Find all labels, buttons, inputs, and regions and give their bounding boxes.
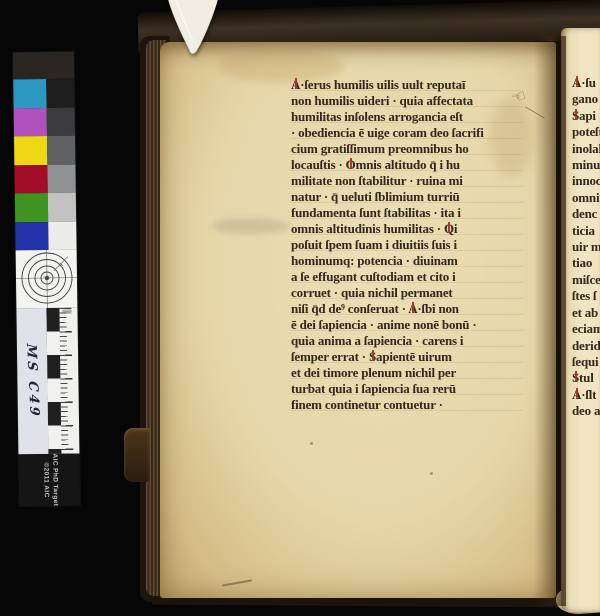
manuscript-text-line: A·ſu [572,75,600,91]
manuscript-text-line: quia anima a ſapiencia · carens i [291,333,523,349]
calibration-swatch-row [14,164,75,193]
gray-patch [48,193,76,222]
line-segment: mnis altitudo q̄ i hu [356,157,460,172]
target-footer-label: AIC PhD Target ©2011 AIC [40,454,58,507]
line-segment: finem continetur contuetur · [291,397,443,412]
rubricated-capital: S [572,370,579,385]
line-segment: a ſe effugant cuſtodiam et cito i [291,269,456,284]
manuscript-text-line: niſi q̄d de⁹ conſeruat · A·ſbi non [291,301,523,317]
cm-ruler [46,308,79,454]
line-segment: ſtes ſ [572,288,596,303]
manuscript-text-line: gano [572,91,600,107]
manuscript-text-line: cium gratiſſimum preomnibus ho [291,141,523,157]
line-segment: inolal [572,141,600,156]
left-manuscript-page: ☜ A·ſerus humilis uilis uult reputaīnon … [160,42,556,598]
handwritten-shelfmark: MS C49 [23,343,42,419]
line-segment: et dei timore plenum nichil per [291,365,456,380]
line-segment: minu [572,157,600,172]
line-segment: api [579,108,596,123]
manuscript-photo-scene: ☜ A·ſerus humilis uilis uult reputaīnon … [0,0,600,616]
line-segment: et ab [572,305,598,320]
target-footer-line1: AIC PhD Target [49,454,59,507]
line-segment: poſuit ſpem ſuam i diuitiis ſuis i [291,237,457,252]
calibration-swatch-row [15,221,76,250]
line-segment: ·ſerus humilis uilis uult reputaī [300,77,465,92]
manuscript-text-line: a ſe effugant cuſtodiam et cito i [291,269,523,285]
line-segment: i [454,221,457,236]
line-segment: corruet · quia nichil permanet [291,285,453,300]
line-segment: ·ſu [581,75,596,90]
manuscript-text-line: finem continetur contuetur · [291,397,523,413]
line-segment: deo a [572,403,600,418]
manuscript-text-line: ticia [572,223,600,239]
line-segment: ē dei ſapiencia · anime nonē bonū · [291,317,477,332]
line-segment: ſemper errat · [291,349,369,364]
book-gutter-shadow [534,36,566,606]
manuscript-text-line: fundamenta ſunt ſtabilitas · ita i [291,205,523,221]
line-segment: poteſt [572,124,600,139]
right-manuscript-page: A·ſuganoSapipoteſtinolalminuinnocomniden… [561,28,600,612]
rubricated-capital: Q [444,221,454,236]
manuscript-text-line: Stul [572,370,600,386]
rubricated-capital: A [408,301,417,316]
manuscript-text-line: ē dei ſapiencia · anime nonē bonū · [291,317,523,333]
line-segment: tul [579,370,594,385]
manuscript-text-line: minu [572,157,600,173]
line-segment: niſi q̄d de⁹ conſeruat · [291,301,408,316]
line-segment: tiao [572,255,592,270]
line-segment: hominumq: potencia · diuinam [291,253,458,268]
gray-patch [47,164,75,193]
line-segment: turbat quia i ſapiencia ſua rerū [291,381,456,396]
color-calibration-target: MS C49 AIC PhD Target ©2011 AIC [13,52,80,507]
gray-patch [47,107,75,136]
calibration-swatch-grid [13,79,76,251]
rubricated-capital: A [291,77,300,92]
manuscript-text-line: et ab [572,305,600,321]
bullseye-focus-target-icon [16,250,78,309]
manuscript-text-line: denc [572,206,600,222]
line-segment: non humilis uideri · quia affectata [291,93,473,108]
line-segment: ſequi [572,354,598,369]
rubricated-capital: O [346,157,356,172]
line-segment: uir m [572,239,600,254]
line-segment: ·ſlt [581,387,596,402]
manuscript-text-line: derid [572,338,600,354]
manuscript-text-line: inolal [572,141,600,157]
line-segment: natur · q̄ ueluti ſblimium turriū [291,189,460,204]
color-patch [13,79,46,108]
color-patch [14,136,47,165]
line-segment: omnis altitudinis humilitas · [291,221,444,236]
line-segment: derid [572,338,600,353]
manuscript-text-line: hominumq: potencia · diuinam [291,253,523,269]
color-patch [15,221,48,250]
gray-patch [46,79,74,108]
rubricated-capital: A [572,387,581,402]
manuscript-text-line: A·ſerus humilis uilis uult reputaī [291,77,523,93]
line-segment: cium gratiſſimum preomnibus ho [291,141,469,156]
calibration-dark-patch [13,52,74,80]
manuscript-text-line: ſemper errat · Sapientē uirum [291,349,523,365]
manuscript-text-line: uir m [572,239,600,255]
manuscript-text-line: turbat quia i ſapiencia ſua rerū [291,381,523,397]
color-patch [14,107,47,136]
manuscript-text-line: poteſt [572,124,600,140]
line-segment: gano [572,91,598,106]
book-clasp [124,428,150,482]
shelfmark-label-area: MS C49 [16,308,48,454]
manuscript-text-line: ſequi [572,354,600,370]
manuscript-text-line: deo a [572,403,600,419]
manuscript-text-line: omni [572,190,600,206]
target-footer-line2: ©2011 AIC [40,454,50,507]
page-weight-pointer-icon [162,0,222,62]
color-patch [15,193,48,222]
manuscript-text-line: humilitas inſolens arrogancia eſt [291,109,523,125]
manuscript-text-line: natur · q̄ ueluti ſblimium turriū [291,189,523,205]
manuscript-text-line: locauſtis · Omnis altitudo q̄ i hu [291,157,523,173]
line-segment: militate non ſtabilitur · ruina mi [291,173,463,188]
rubricated-capital: A [572,75,581,90]
manuscript-text-line: ſtes ſ [572,288,600,304]
right-page-text-block: A·ſuganoSapipoteſtinolalminuinnocomniden… [572,75,600,420]
manuscript-text-line: miſce [572,272,600,288]
line-segment: ·ſbi non [417,301,458,316]
line-segment: fundamenta ſunt ſtabilitas · ita i [291,205,461,220]
manuscript-text-line: Sapi [572,108,600,124]
line-segment: denc [572,206,597,221]
manuscript-text-line: corruet · quia nichil permanet [291,285,523,301]
line-segment: innoc [572,173,600,188]
parchment-smudge [212,218,290,234]
manuscript-text-line: A·ſlt [572,387,600,403]
manuscript-text-line: militate non ſtabilitur · ruina mi [291,173,523,189]
manuscript-text-line: · obediencia ē uige coram deo ſacrifi [291,125,523,141]
line-segment: omni [572,190,599,205]
manuscript-text-line: eciam [572,321,600,337]
target-footer: AIC PhD Target ©2011 AIC [18,454,80,507]
calibration-swatch-row [13,79,74,108]
left-page-text-block: A·ſerus humilis uilis uult reputaīnon hu… [291,77,523,413]
manuscript-text-line: et dei timore plenum nichil per [291,365,523,381]
pen-scratch-mark [222,579,252,586]
line-segment: humilitas inſolens arrogancia eſt [291,109,463,124]
rubricated-capital: S [369,349,376,364]
line-segment: quia anima a ſapiencia · carens i [291,333,463,348]
line-segment: eciam [572,321,600,336]
manuscript-text-line: non humilis uideri · quia affectata [291,93,523,109]
calibration-ruler-section: MS C49 [16,308,79,455]
line-segment: miſce [572,272,600,287]
ruler-micro-text [62,310,71,314]
line-segment: locauſtis · [291,157,346,172]
calibration-swatch-row [15,193,76,222]
foxing-speck [430,472,433,475]
foxing-speck [310,442,313,445]
line-segment: ticia [572,223,595,238]
calibration-swatch-row [14,136,75,165]
calibration-swatch-row [14,107,75,136]
manuscript-text-line: omnis altitudinis humilitas · Qi [291,221,523,237]
manuscript-text-line: poſuit ſpem ſuam i diuitiis ſuis i [291,237,523,253]
color-patch [14,164,47,193]
manuscript-text-line: innoc [572,173,600,189]
manuscript-text-line: tiao [572,255,600,271]
line-segment: · obediencia ē uige coram deo ſacrifi [291,125,484,140]
gray-patch [48,221,76,250]
gray-patch [47,136,75,165]
rubricated-capital: S [572,108,579,123]
line-segment: apientē uirum [376,349,452,364]
